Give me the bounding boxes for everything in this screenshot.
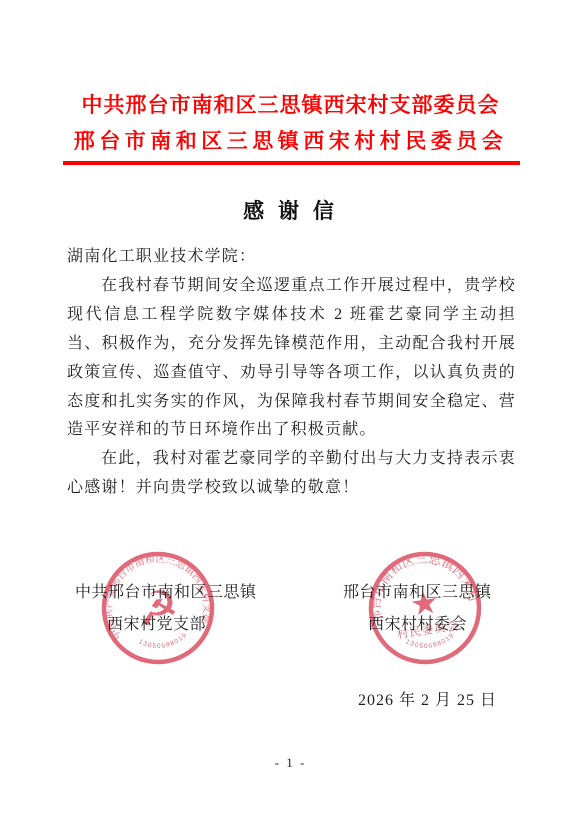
signature-line-2: 西宋村党支部 xyxy=(107,616,257,634)
paragraph-1: 在我村春节期间安全巡逻重点工作开展过程中，贵学校现代信息工程学院数字媒体技术 2… xyxy=(67,272,516,445)
signature-line-2: 西宋村村委会 xyxy=(368,616,492,634)
letterhead-divider-rule xyxy=(63,161,520,165)
letterhead-line-1: 中共邢台市南和区三思镇西宋村支部委员会 xyxy=(0,88,581,124)
letterhead: 中共邢台市南和区三思镇西宋村支部委员会 邢台市南和区三思镇西宋村村民委员会 xyxy=(0,88,581,160)
letter-title: 感 谢 信 xyxy=(0,197,581,227)
signature-line-1: 中共邢台市南和区三思镇 xyxy=(75,584,257,602)
page-number: - 1 - xyxy=(0,755,581,771)
salutation: 湖南化工职业技术学院： xyxy=(67,243,516,272)
letter-body: 湖南化工职业技术学院： 在我村春节期间安全巡逻重点工作开展过程中，贵学校现代信息… xyxy=(67,243,516,503)
letterhead-line-2: 邢台市南和区三思镇西宋村村民委员会 xyxy=(0,124,581,160)
paragraph-2: 在此，我村对霍艺豪同学的辛勤付出与大力支持表示衷心感谢！并向贵学校致以诚挚的敬意… xyxy=(67,445,516,503)
thank-you-letter-page: 中共邢台市南和区三思镇西宋村支部委员会 邢台市南和区三思镇西宋村村民委员会 感 … xyxy=(0,0,581,814)
signature-village-committee: 邢台市南和区三思镇 西宋村村委会 xyxy=(343,584,492,634)
signature-party-branch: 中共邢台市南和区三思镇 西宋村党支部 xyxy=(75,584,257,634)
signature-line-1: 邢台市南和区三思镇 xyxy=(343,584,492,602)
letter-date: 2026 年 2 月 25 日 xyxy=(358,687,497,710)
